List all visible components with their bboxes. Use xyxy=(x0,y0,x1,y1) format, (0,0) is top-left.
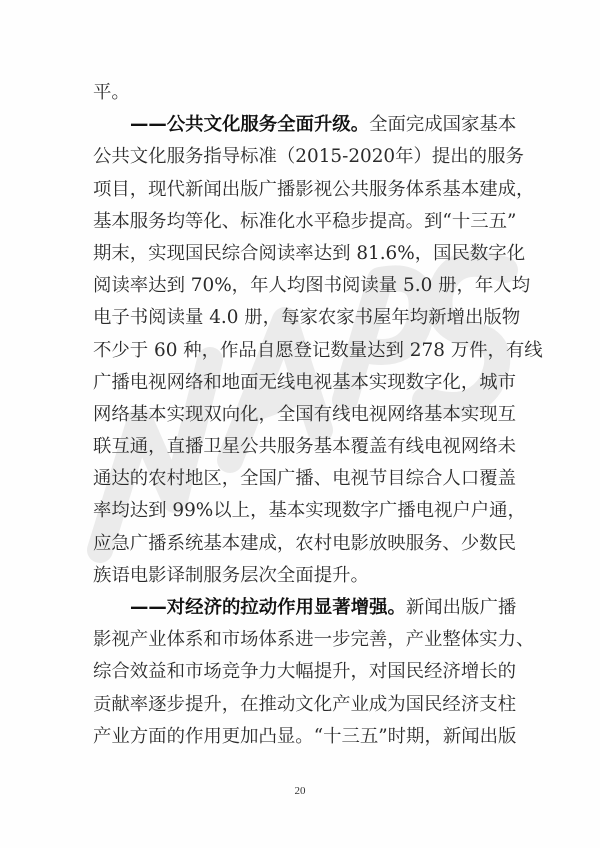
section-heading-economy: ——对经济的拉动作用显著增强。 xyxy=(130,597,406,618)
line-text: 族语电影译制服务层次全面提升。 xyxy=(93,565,369,586)
text-line: 率均达到 99%以上，基本实现数字广播电视户户通， xyxy=(93,495,509,527)
line-text: 公共文化服务指导标准（2015-2020年）提出的服务 xyxy=(93,146,524,167)
line-text: 平。 xyxy=(93,82,130,103)
line-text: 项目，现代新闻出版广播影视公共服务体系基本建成， xyxy=(93,179,534,200)
line-text: 贡献率逐步提升，在推动文化产业成为国民经济支柱 xyxy=(93,694,516,715)
text-line: 通达的农村地区，全国广播、电视节目综合人口覆盖 xyxy=(93,463,509,495)
text-line: 阅读率达到 70%，年人均图书阅读量 5.0 册，年人均 xyxy=(93,270,509,302)
line-text: 电子书阅读量 4.0 册，每家农家书屋年均新增出版物 xyxy=(93,307,520,328)
text-line: 平。 xyxy=(93,77,509,109)
line-text: 新闻出版广播 xyxy=(406,597,516,618)
text-line: 族语电影译制服务层次全面提升。 xyxy=(93,560,509,592)
text-line: 影视产业体系和市场体系进一步完善，产业整体实力、 xyxy=(93,624,509,656)
paragraph-heading-line: ——对经济的拉动作用显著增强。新闻出版广播 xyxy=(93,592,509,624)
section-heading-public-culture: ——公共文化服务全面升级。 xyxy=(130,114,369,135)
text-line: 联互通，直播卫星公共服务基本覆盖有线电视网络未 xyxy=(93,431,509,463)
text-line: 期末，实现国民综合阅读率达到 81.6%，国民数字化 xyxy=(93,238,509,270)
text-line: 贡献率逐步提升，在推动文化产业成为国民经济支柱 xyxy=(93,689,509,721)
line-text: 率均达到 99%以上，基本实现数字广播电视户户通， xyxy=(93,500,526,521)
text-line: 基本服务均等化、标准化水平稳步提高。到“十三五” xyxy=(93,206,509,238)
line-text: 阅读率达到 70%，年人均图书阅读量 5.0 册，年人均 xyxy=(93,275,530,296)
line-text: 联互通，直播卫星公共服务基本覆盖有线电视网络未 xyxy=(93,436,516,457)
text-line: 综合效益和市场竞争力大幅提升，对国民经济增长的 xyxy=(93,656,509,688)
line-text: 基本服务均等化、标准化水平稳步提高。到“十三五” xyxy=(93,211,516,232)
line-text: 广播电视网络和地面无线电视基本实现数字化，城市 xyxy=(93,372,516,393)
text-line: 电子书阅读量 4.0 册，每家农家书屋年均新增出版物 xyxy=(93,302,509,334)
paragraph-heading-line: ——公共文化服务全面升级。全面完成国家基本 xyxy=(93,109,509,141)
body-text: 平。 ——公共文化服务全面升级。全面完成国家基本 公共文化服务指导标准（2015… xyxy=(93,77,509,753)
document-page: 平。 ——公共文化服务全面升级。全面完成国家基本 公共文化服务指导标准（2015… xyxy=(0,0,600,848)
line-text: 期末，实现国民综合阅读率达到 81.6%，国民数字化 xyxy=(93,243,525,264)
text-line: 网络基本实现双向化，全国有线电视网络基本实现互 xyxy=(93,399,509,431)
text-line: 产业方面的作用更加凸显。“十三五”时期，新闻出版 xyxy=(93,721,509,753)
line-text: 全面完成国家基本 xyxy=(369,114,516,135)
line-text: 应急广播系统基本建成，农村电影放映服务、少数民 xyxy=(93,533,516,554)
text-line: 不少于 60 种，作品自愿登记数量达到 278 万件，有线 xyxy=(93,335,509,367)
text-line: 广播电视网络和地面无线电视基本实现数字化，城市 xyxy=(93,367,509,399)
line-text: 影视产业体系和市场体系进一步完善，产业整体实力、 xyxy=(93,629,534,650)
text-line: 公共文化服务指导标准（2015-2020年）提出的服务 xyxy=(93,141,509,173)
page-number: 20 xyxy=(0,785,600,797)
line-text: 产业方面的作用更加凸显。“十三五”时期，新闻出版 xyxy=(93,726,516,747)
line-text: 不少于 60 种，作品自愿登记数量达到 278 万件，有线 xyxy=(93,340,543,361)
line-text: 综合效益和市场竞争力大幅提升，对国民经济增长的 xyxy=(93,661,516,682)
text-line: 应急广播系统基本建成，农村电影放映服务、少数民 xyxy=(93,528,509,560)
line-text: 网络基本实现双向化，全国有线电视网络基本实现互 xyxy=(93,404,516,425)
line-text: 通达的农村地区，全国广播、电视节目综合人口覆盖 xyxy=(93,468,516,489)
text-line: 项目，现代新闻出版广播影视公共服务体系基本建成， xyxy=(93,174,509,206)
